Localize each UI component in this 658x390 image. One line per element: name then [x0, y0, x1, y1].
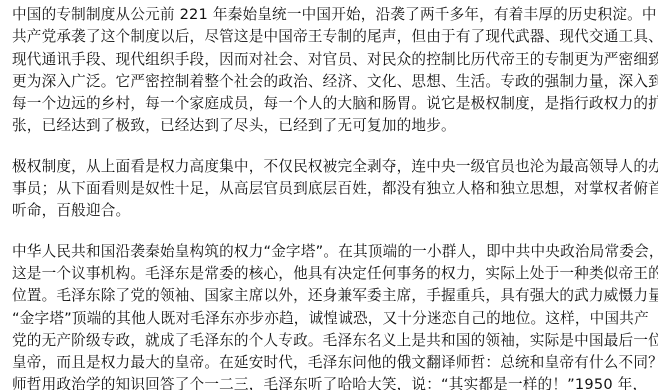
paragraph-spacer: [12, 223, 652, 241]
paragraph-2: 极权制度，从上面看是权力高度集中，不仅民权被完全剥夺，连中央一级官员也沦为最高领…: [12, 156, 652, 223]
text-line: 共产党承袭了这个制度以后，尽管这是中国帝王专制的尾声，但由于有了现代武器、现代交…: [12, 26, 652, 48]
text-line: 每一个边远的乡村，每一个家庭成员，每一个人的大脑和肠胃。说它是极权制度，是指行政…: [12, 93, 652, 115]
text-line: 皇帝，而且是权力最大的皇帝。在延安时代，毛泽东问他的俄文翻译师哲：总统和皇帝有什…: [12, 352, 652, 374]
text-line: “金字塔”顶端的其他人既对毛泽东亦步亦趋，诚惶诚恐，又十分迷恋自己的地位。这样，…: [12, 308, 652, 330]
text-line: 听命，百般迎合。: [12, 200, 652, 222]
text-line: 位置。毛泽东除了党的领袖、国家主席以外，还身兼军委主席，手握重兵，具有强大的武力…: [12, 285, 652, 307]
text-line: 现代通讯手段、现代组织手段，因而对社会、对官员、对民众的控制比历代帝王的专制更为…: [12, 49, 652, 71]
text-line: 这是一个议事机构。毛泽东是常委的核心，他具有决定任何事务的权力，实际上处于一种类…: [12, 263, 652, 285]
paragraph-3: 中华人民共和国沿袭秦始皇构筑的权力“金字塔”。在其顶端的一小群人，即中共中央政治…: [12, 241, 652, 390]
text-line: 极权制度，从上面看是权力高度集中，不仅民权被完全剥夺，连中央一级官员也沦为最高领…: [12, 156, 652, 178]
paragraph-1: 中国的专制制度从公元前 221 年秦始皇统一中国开始，沿袭了两千多年，有着丰厚的…: [12, 4, 652, 138]
text-line: 师哲用政治学的知识回答了个一二三，毛泽东听了哈哈大笑，说：“其实都是一样的！”1…: [12, 374, 652, 390]
text-line: 中国的专制制度从公元前 221 年秦始皇统一中国开始，沿袭了两千多年，有着丰厚的…: [12, 4, 652, 26]
paragraph-spacer: [12, 138, 652, 156]
text-line: 党的无产阶级专政，就成了毛泽东的个人专政。毛泽东名义上是共和国的领袖，实际是中国…: [12, 330, 652, 352]
text-line: 张，已经达到了极致，已经达到了尽头，已经到了无可复加的地步。: [12, 115, 652, 137]
document-body: 中国的专制制度从公元前 221 年秦始皇统一中国开始，沿袭了两千多年，有着丰厚的…: [12, 4, 652, 390]
text-line: 中华人民共和国沿袭秦始皇构筑的权力“金字塔”。在其顶端的一小群人，即中共中央政治…: [12, 241, 652, 263]
text-line: 更为深入广泛。它严密控制着整个社会的政治、经济、文化、思想、生活。专政的强制力量…: [12, 71, 652, 93]
text-line: 事员；从下面看则是奴性十足，从高层官员到底层百姓，都没有独立人格和独立思想，对掌…: [12, 178, 652, 200]
